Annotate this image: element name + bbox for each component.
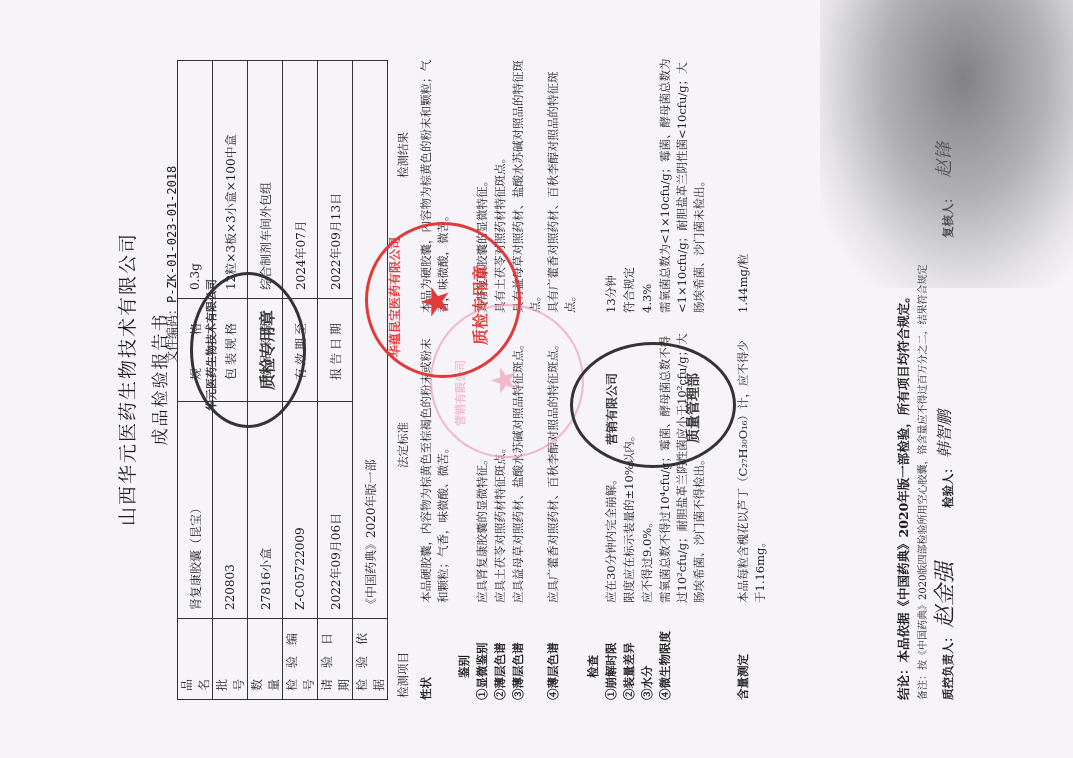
- test-result: 1.44mg/粒: [735, 53, 752, 313]
- info-value: 220803: [213, 402, 248, 619]
- test-item: ③薄层色谱: [510, 643, 527, 701]
- info-value: Z-C05722009: [283, 402, 318, 619]
- test-item: ②薄层色谱: [492, 643, 509, 701]
- test-item: 含量测定: [735, 654, 752, 700]
- test-result: 具有益母草对照药材、盐酸水苏碱对照品的特征斑点。: [510, 53, 544, 313]
- info-label: 包装规格: [213, 299, 248, 402]
- info-value: 2024年07月: [283, 61, 318, 299]
- test-result: 本品为硬胶囊，内容物为棕黄色的粉末和颗粒；气香，味微酸，微苦。: [418, 53, 452, 313]
- test-item: ④微生物限度: [657, 631, 674, 700]
- info-table: 品 名肾复康胶囊（昆宝）规 格0.3g批 号220803包装规格12粒×3板×3…: [177, 60, 388, 700]
- test-result: 需氧菌总数为<1×10cfu/g；霉菌、酵母菌总数为<1×10cfu/g；耐胆盐…: [657, 53, 708, 313]
- col-header-standard: 法定标准: [395, 422, 412, 468]
- report-title: 成品检验报告书: [146, 0, 171, 758]
- info-value: 2022年09月13日: [318, 61, 353, 299]
- test-standard: 应具益母草对照药材、盐酸水苏碱对照品特征斑点。: [510, 333, 527, 603]
- remark: 备注：按《中国药典》2020版四部检验所用空心胶囊，铬含量应不得过百万分之二，结…: [915, 265, 932, 700]
- info-value: 2022年09月06日: [318, 402, 353, 619]
- test-result: 具肾复康胶囊的显微特征。: [474, 53, 491, 313]
- reviewer-signature: 赵锋: [930, 142, 956, 178]
- qc-signature: 赵金强: [928, 562, 959, 628]
- info-row: 数 量27816小盒检品来源综合制剂车间外包组: [248, 61, 283, 700]
- col-header-item: 检测项目: [395, 652, 412, 698]
- test-standard: 本品硬胶囊，内容物为棕黄色至棕褐色的粉末或粉末和颗粒；气香，味微酸、微苦。: [418, 333, 452, 603]
- test-result: 符合规定: [621, 53, 638, 313]
- test-item: 性状: [418, 677, 435, 700]
- info-label: 检验编号: [283, 619, 318, 700]
- info-value: 综合制剂车间外包组: [248, 61, 283, 299]
- inspector-signature: 韩智鹏: [932, 410, 955, 458]
- test-standard: 应具肾复康胶囊的显微特征。: [474, 333, 491, 603]
- test-result: 具有广藿香对照药材、百秋李醇对照品的特征斑点。: [545, 53, 579, 313]
- test-result: 具有土茯苓对照药材特征斑点。: [492, 53, 509, 313]
- info-row: 批 号220803包装规格12粒×3板×3小盒×100中盒: [213, 61, 248, 700]
- info-label: 批 号: [213, 619, 248, 700]
- test-standard: 限度应在标示装量的±10%以内。: [621, 333, 638, 603]
- conclusion: 结论：本品依据《中国药典》2020年版一部检验，所有项目均符合规定。: [895, 290, 912, 700]
- info-label: 规 格: [178, 299, 213, 402]
- test-standard: 本品每粒含槐花以芦丁（C₂₇H₃₀O₁₆）计，应不得少于1.16mg。: [735, 333, 769, 603]
- test-standard: 应在30分钟内完全崩解。: [603, 333, 620, 603]
- info-value: 肾复康胶囊（昆宝）: [178, 402, 213, 619]
- info-label: 请验日期: [318, 619, 353, 700]
- info-value: 《中国药典》2020年版一部: [353, 61, 388, 619]
- test-standard: 应具广藿香对照药材、百秋李醇对照品的特征斑点。: [545, 333, 562, 603]
- info-label: 品 名: [178, 619, 213, 700]
- test-item: 检查: [585, 655, 602, 678]
- test-item: ④薄层色谱: [545, 643, 562, 701]
- test-item: 鉴别: [456, 655, 473, 678]
- test-item: ③水分: [639, 666, 656, 701]
- info-label: 报告日期: [318, 299, 353, 402]
- test-standard: 应具土茯苓对照药材特征斑点。: [492, 333, 509, 603]
- info-label: 数 量: [248, 619, 283, 700]
- info-row: 请验日期2022年09月06日报告日期2022年09月13日: [318, 61, 353, 700]
- col-header-result: 检测结果: [395, 132, 412, 178]
- inspector-label: 检验人：: [940, 462, 957, 508]
- info-value: 0.3g: [178, 61, 213, 299]
- info-row: 品 名肾复康胶囊（昆宝）规 格0.3g: [178, 61, 213, 700]
- info-label: 检验依据: [353, 619, 388, 700]
- report-page: 山西华元医药生物技术有限公司 成品检验报告书 文件编码：P-ZK-01-023-…: [0, 0, 1073, 758]
- company-name: 山西华元医药生物技术有限公司: [113, 0, 140, 758]
- info-value: 12粒×3板×3小盒×100中盒: [213, 61, 248, 299]
- test-standard: 需氧菌总数不得过10⁴cfu/g；霉菌、酵母菌总数不得过10²cfu/g；耐胆盐…: [657, 333, 708, 603]
- qc-label: 质控负责人：: [940, 631, 957, 700]
- info-row: 检验依据《中国药典》2020年版一部: [353, 61, 388, 700]
- info-row: 检验编号Z-C05722009有效期至2024年07月: [283, 61, 318, 700]
- info-value: 27816小盒: [248, 402, 283, 619]
- test-standard: 应不得过9.0%。: [639, 333, 656, 603]
- test-item: ①崩解时限: [603, 643, 620, 701]
- reviewer-label: 复核人：: [940, 192, 957, 238]
- info-label: 有效期至: [283, 299, 318, 402]
- test-item: ①显微鉴别: [474, 643, 491, 701]
- info-label: 检品来源: [248, 299, 283, 402]
- test-result: 13分钟: [603, 53, 620, 313]
- test-item: ②装量差异: [621, 643, 638, 701]
- test-result: 4.3%: [639, 53, 656, 313]
